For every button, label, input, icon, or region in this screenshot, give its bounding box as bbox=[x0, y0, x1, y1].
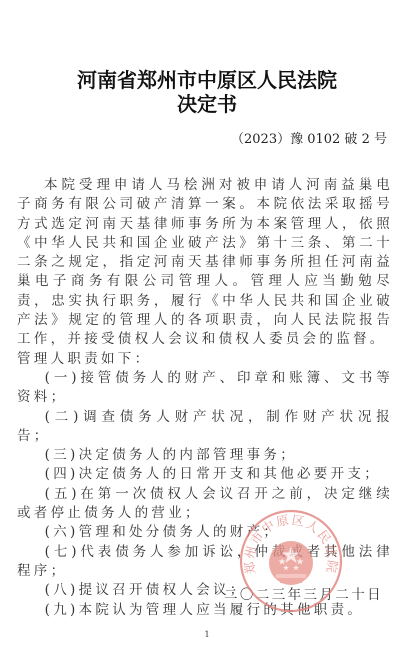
document-body: 本院受理申请人马桧洲对被申请人河南益巢电子商务有限公司破产清算一案。本院依法采取… bbox=[17, 176, 393, 620]
page-number: 1 bbox=[0, 630, 414, 639]
duty-item: (一)接管债务人的财产、印章和账簿、文书等资料； bbox=[17, 369, 393, 408]
document-type-title: 决定书 bbox=[0, 92, 414, 116]
duty-item: (五)在第一次债权人会议召开之前，决定继续或者停止债务人的营业； bbox=[17, 485, 393, 524]
decision-paragraph: 本院受理申请人马桧洲对被申请人河南益巢电子商务有限公司破产清算一案。本院依法采取… bbox=[17, 176, 393, 350]
duty-item: (六)管理和处分债务人的财产； bbox=[17, 523, 393, 542]
court-name-title: 河南省郑州市中原区人民法院 bbox=[0, 68, 414, 92]
duties-heading: 管理人职责如下： bbox=[17, 350, 393, 369]
duty-item: (三)决定债务人的内部管理事务； bbox=[17, 446, 393, 465]
duty-item: (七)代表债务人参加诉讼，仲裁或者其他法律程序； bbox=[17, 543, 393, 582]
duty-item: (四)决定债务人的日常开支和其他必要开支； bbox=[17, 465, 393, 484]
decision-date: 二〇二三年三月二十日 bbox=[224, 586, 383, 604]
duty-item: (二)调查债务人财产状况，制作财产状况报告； bbox=[17, 408, 393, 447]
document-page: 河南省郑州市中原区人民法院 决定书 （2023）豫 0102 破 2 号 本院受… bbox=[0, 0, 414, 650]
case-number: （2023）豫 0102 破 2 号 bbox=[231, 131, 387, 149]
